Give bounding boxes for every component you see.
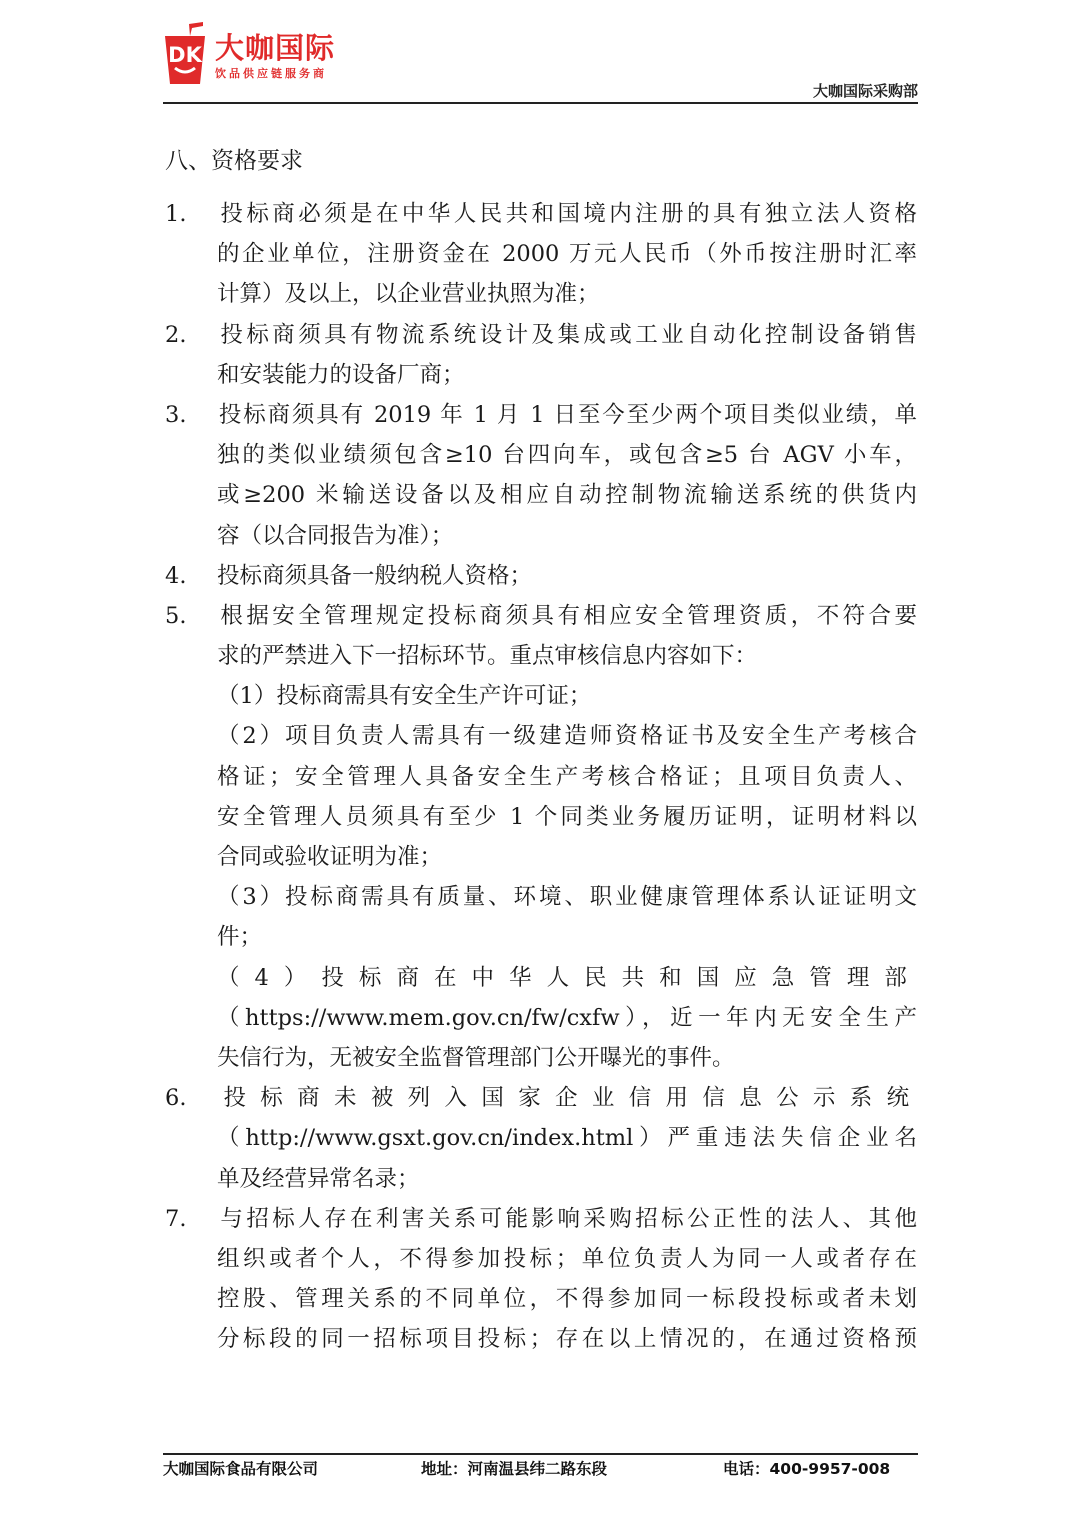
item-text: 单及经营异常名录；: [165, 1159, 917, 1199]
requirement-item-6: 6.投标商未被列入国家企业信用信息公示系统 （http://www.gsxt.g…: [165, 1078, 917, 1199]
document-body: 八、资格要求 1.投标商必须是在中华人民共和国境内注册的具有独立法人资格 的企业…: [165, 140, 917, 1359]
footer-address: 地址：河南温县纬二路东段: [421, 1457, 607, 1479]
sub-item-text: （https://www.mem.gov.cn/fw/cxfw），近一年内无安全…: [165, 998, 917, 1038]
item-text: 组织或者个人，不得参加投标；单位负责人为同一人或者存在: [165, 1239, 917, 1279]
footer-divider: [163, 1453, 918, 1455]
logo-tagline: 饮品供应链服务商: [215, 66, 335, 82]
sub-item-1: （1）投标商需具有安全生产许可证；: [165, 676, 917, 716]
sub-item-text: 合同或验收证明为准；: [165, 837, 917, 877]
sub-item-3: （3）投标商需具有质量、环境、职业健康管理体系认证证明文 件；: [165, 877, 917, 957]
item-text: 容（以合同报告为准）；: [165, 516, 917, 556]
item-text: 的企业单位，注册资金在 2000 万元人民币（外币按注册时汇率: [165, 234, 917, 274]
requirement-item-3: 3.投标商须具有 2019 年 1 月 1 日至今至少两个项目类似业绩，单 独的…: [165, 395, 917, 556]
item-text: 或≥200 米输送设备以及相应自动控制物流输送系统的供货内: [165, 475, 917, 515]
item-text: 投标商须具有 2019 年 1 月 1 日至今至少两个项目类似业绩，单: [217, 402, 917, 428]
item-number: 6.: [165, 1078, 217, 1118]
item-text: 投标商须具备一般纳税人资格；: [217, 563, 532, 589]
requirement-item-2: 2.投标商须具有物流系统设计及集成或工业自动化控制设备销售 和安装能力的设备厂商…: [165, 315, 917, 395]
logo-name: 大咖国际: [215, 32, 335, 64]
item-text: 求的严禁进入下一招标环节。重点审核信息内容如下：: [165, 636, 917, 676]
item-text: 控股、管理关系的不同单位，不得参加同一标段投标或者未划: [165, 1279, 917, 1319]
sub-item-text: （1）投标商需具有安全生产许可证；: [165, 676, 917, 716]
sub-item-text: 件；: [165, 917, 917, 957]
item-number: 7.: [165, 1199, 217, 1239]
svg-text:DK: DK: [168, 43, 202, 67]
item-text: 根据安全管理规定投标商须具有相应安全管理资质，不符合要: [217, 603, 917, 629]
requirement-item-4: 4.投标商须具备一般纳税人资格；: [165, 556, 917, 596]
dk-cup-logo-icon: DK: [163, 22, 207, 86]
sub-item-text: （2）项目负责人需具有一级建造师资格证书及安全生产考核合: [165, 716, 917, 756]
header-divider: [163, 102, 918, 104]
item-text: 与招标人存在利害关系可能影响采购招标公正性的法人、其他: [217, 1206, 917, 1232]
section-title: 八、资格要求: [165, 140, 917, 182]
item-text: 和安装能力的设备厂商；: [165, 355, 917, 395]
footer-phone: 电话：400-9957-008: [723, 1457, 890, 1479]
requirement-item-7: 7.与招标人存在利害关系可能影响采购招标公正性的法人、其他 组织或者个人，不得参…: [165, 1199, 917, 1360]
requirement-item-1: 1.投标商必须是在中华人民共和国境内注册的具有独立法人资格 的企业单位，注册资金…: [165, 194, 917, 315]
page-footer: 大咖国际食品有限公司 地址：河南温县纬二路东段 电话：400-9957-008: [163, 1457, 918, 1481]
item-number: 1.: [165, 194, 217, 234]
item-text: （http://www.gsxt.gov.cn/index.html）严重违法失…: [165, 1118, 917, 1158]
item-number: 2.: [165, 315, 217, 355]
page-header: DK 大咖国际 饮品供应链服务商 大咖国际采购部: [0, 0, 1080, 110]
item-text: 投标商须具有物流系统设计及集成或工业自动化控制设备销售: [217, 322, 917, 348]
sub-item-text: （4）投标商在中华人民共和国应急管理部: [165, 958, 917, 998]
sub-item-2: （2）项目负责人需具有一级建造师资格证书及安全生产考核合 格证；安全管理人具备安…: [165, 716, 917, 877]
item-text: 分标段的同一招标项目投标；存在以上情况的，在通过资格预: [165, 1319, 917, 1359]
sub-item-text: 格证；安全管理人具备安全生产考核合格证；且项目负责人、: [165, 757, 917, 797]
item-text: 计算）及以上，以企业营业执照为准；: [165, 274, 917, 314]
department-label: 大咖国际采购部: [813, 80, 918, 101]
item-text: 投标商必须是在中华人民共和国境内注册的具有独立法人资格: [217, 201, 917, 227]
requirement-item-5: 5.根据安全管理规定投标商须具有相应安全管理资质，不符合要 求的严禁进入下一招标…: [165, 596, 917, 1078]
company-logo: DK 大咖国际 饮品供应链服务商: [163, 22, 335, 86]
item-number: 4.: [165, 556, 217, 596]
item-text: 投标商未被列入国家企业信用信息公示系统: [217, 1085, 917, 1111]
sub-item-text: 安全管理人员须具有至少 1 个同类业务履历证明，证明材料以: [165, 797, 917, 837]
footer-company: 大咖国际食品有限公司: [163, 1457, 318, 1479]
sub-item-text: （3）投标商需具有质量、环境、职业健康管理体系认证证明文: [165, 877, 917, 917]
sub-item-4: （4）投标商在中华人民共和国应急管理部 （https://www.mem.gov…: [165, 958, 917, 1079]
item-text: 独的类似业绩须包含≥10 台四向车，或包含≥5 台 AGV 小车，: [165, 435, 917, 475]
item-number: 5.: [165, 596, 217, 636]
sub-item-text: 失信行为，无被安全监督管理部门公开曝光的事件。: [165, 1038, 917, 1078]
item-number: 3.: [165, 395, 217, 435]
